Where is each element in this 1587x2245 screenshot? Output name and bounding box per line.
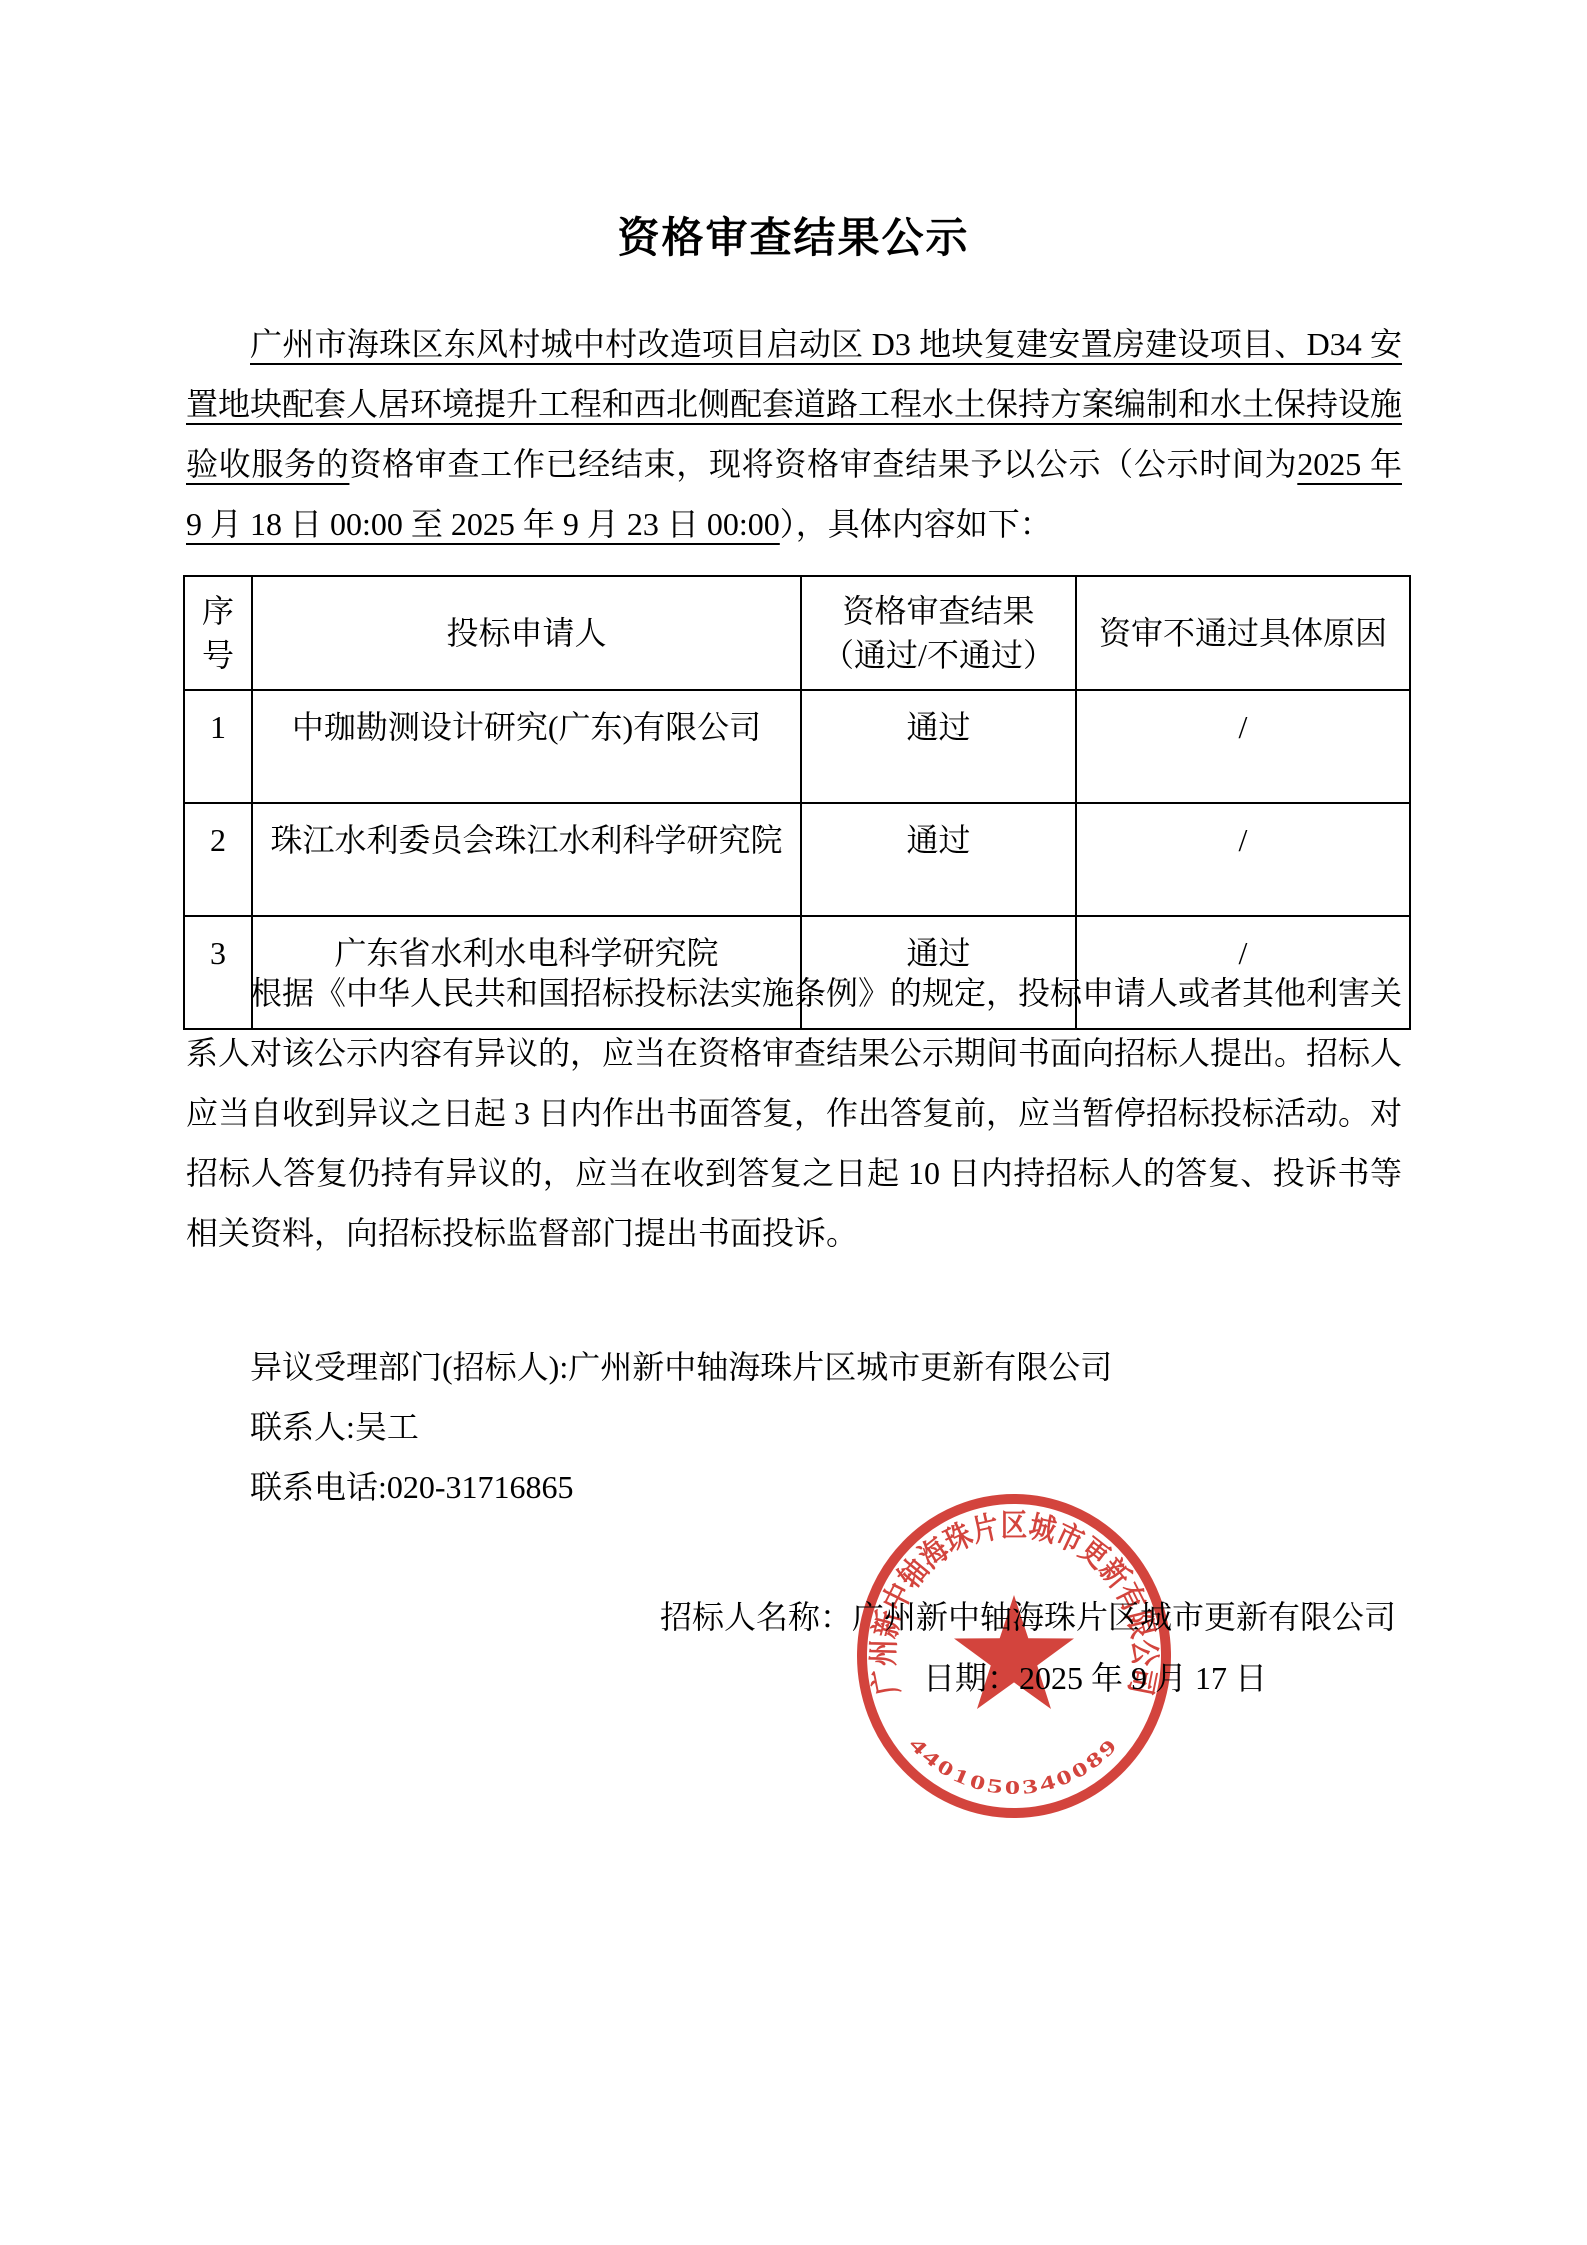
intro-mid-text: 资格审查工作已经结束，现将资格审查结果予以公示（公示时间为 bbox=[349, 446, 1297, 482]
contact-block: 异议受理部门(招标人):广州新中轴海珠片区城市更新有限公司 联系人:吴工 联系电… bbox=[186, 1337, 1112, 1517]
header-seq: 序号 bbox=[184, 576, 252, 690]
header-bidder: 投标申请人 bbox=[252, 576, 801, 690]
header-result-line1: 资格审查结果 bbox=[842, 593, 1034, 629]
header-result: 资格审查结果 （通过/不通过） bbox=[801, 576, 1076, 690]
cell-result: 通过 bbox=[801, 690, 1076, 803]
cell-result: 通过 bbox=[801, 803, 1076, 916]
qualification-result-table: 序号 投标申请人 资格审查结果 （通过/不通过） 资审不通过具体原因 1 中珈勘… bbox=[183, 575, 1411, 1030]
table-row: 2 珠江水利委员会珠江水利科学研究院 通过 / bbox=[184, 803, 1410, 916]
header-seq-label: 序号 bbox=[199, 589, 237, 677]
legal-paragraph: 根据《中华人民共和国招标投标法实施条例》的规定，投标申请人或者其他利害关系人对该… bbox=[186, 963, 1402, 1263]
intro-tail-text: ），具体内容如下： bbox=[780, 506, 1052, 542]
table-row: 1 中珈勘测设计研究(广东)有限公司 通过 / bbox=[184, 690, 1410, 803]
cell-bidder: 珠江水利委员会珠江水利科学研究院 bbox=[252, 803, 801, 916]
document-page: 资格审查结果公示 广州市海珠区东风村城中村改造项目启动区 D3 地块复建安置房建… bbox=[0, 0, 1587, 2245]
cell-reason: / bbox=[1076, 803, 1410, 916]
seal-star-icon bbox=[954, 1595, 1074, 1709]
cell-seq: 1 bbox=[184, 690, 252, 803]
contact-department: 异议受理部门(招标人):广州新中轴海珠片区城市更新有限公司 bbox=[250, 1337, 1112, 1397]
company-seal-stamp: 广州新中轴海珠片区城市更新有限公司 4401050340089 bbox=[854, 1491, 1174, 1821]
header-reason: 资审不通过具体原因 bbox=[1076, 576, 1410, 690]
cell-seq: 2 bbox=[184, 803, 252, 916]
contact-person: 联系人:吴工 bbox=[250, 1397, 1112, 1457]
intro-paragraph: 广州市海珠区东风村城中村改造项目启动区 D3 地块复建安置房建设项目、D34 安… bbox=[186, 314, 1402, 554]
cell-bidder: 中珈勘测设计研究(广东)有限公司 bbox=[252, 690, 801, 803]
table-header-row: 序号 投标申请人 资格审查结果 （通过/不通过） 资审不通过具体原因 bbox=[184, 576, 1410, 690]
page-title: 资格审查结果公示 bbox=[0, 205, 1587, 265]
cell-reason: / bbox=[1076, 690, 1410, 803]
header-result-line2: （通过/不通过） bbox=[822, 637, 1055, 673]
